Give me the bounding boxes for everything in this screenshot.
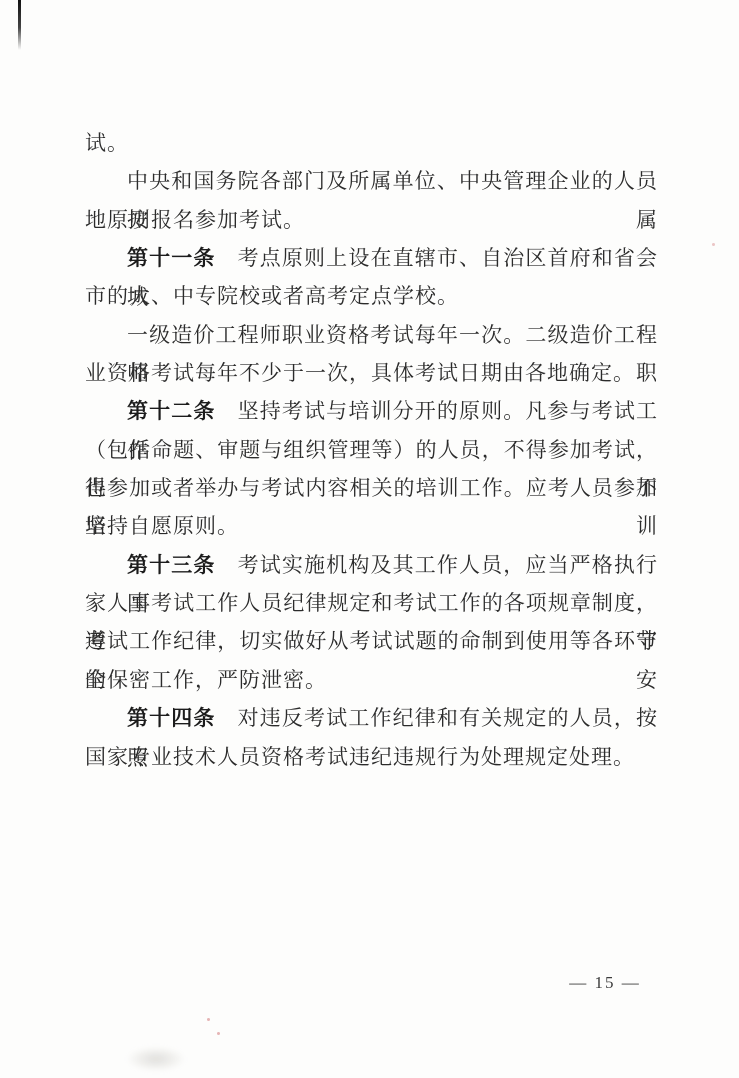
text-line-article-13: 第十三条 考试实施机构及其工作人员，应当严格执行国	[85, 546, 658, 584]
text-line: 考试工作纪律，切实做好从考试试题的命制到使用等各环节的安	[85, 622, 658, 660]
text-line-article-11: 第十一条 考点原则上设在直辖市、自治区首府和省会城	[85, 239, 658, 277]
text-line: 一级造价工程师职业资格考试每年一次。二级造价工程师职	[85, 316, 658, 354]
scanned-document-page: 试。 中央和国务院各部门及所属单位、中央管理企业的人员按属 地原则报名参加考试。…	[0, 0, 739, 1078]
article-number: 第十二条	[127, 400, 216, 423]
text-line: 国家专业技术人员资格考试违纪违规行为处理规定处理。	[85, 738, 658, 776]
scan-speck	[207, 1018, 210, 1021]
text-line-article-12: 第十二条 坚持考试与培训分开的原则。凡参与考试工作	[85, 392, 658, 430]
scan-speck	[712, 243, 715, 246]
text-line: 中央和国务院各部门及所属单位、中央管理企业的人员按属	[85, 162, 658, 200]
scan-smudge	[126, 1046, 186, 1072]
text-line-article-14: 第十四条 对违反考试工作纪律和有关规定的人员，按照	[85, 699, 658, 737]
document-body: 试。 中央和国务院各部门及所属单位、中央管理企业的人员按属 地原则报名参加考试。…	[85, 124, 658, 776]
text-line: 得参加或者举办与考试内容相关的培训工作。应考人员参加培训	[85, 469, 658, 507]
text-line: 业资格考试每年不少于一次，具体考试日期由各地确定。	[85, 354, 658, 392]
scan-artifact-line	[18, 0, 21, 50]
page-number: — 15 —	[540, 968, 670, 998]
article-number: 第十三条	[127, 554, 216, 577]
text-line: （包括命题、审题与组织管理等）的人员，不得参加考试，也不	[85, 431, 658, 469]
scan-speck	[217, 1032, 220, 1035]
text-line: 市的大、中专院校或者高考定点学校。	[85, 277, 658, 315]
article-number: 第十四条	[127, 707, 216, 730]
text-line: 试。	[85, 124, 658, 162]
text-line: 家人事考试工作人员纪律规定和考试工作的各项规章制度，遵守	[85, 584, 658, 622]
article-number: 第十一条	[127, 247, 216, 270]
